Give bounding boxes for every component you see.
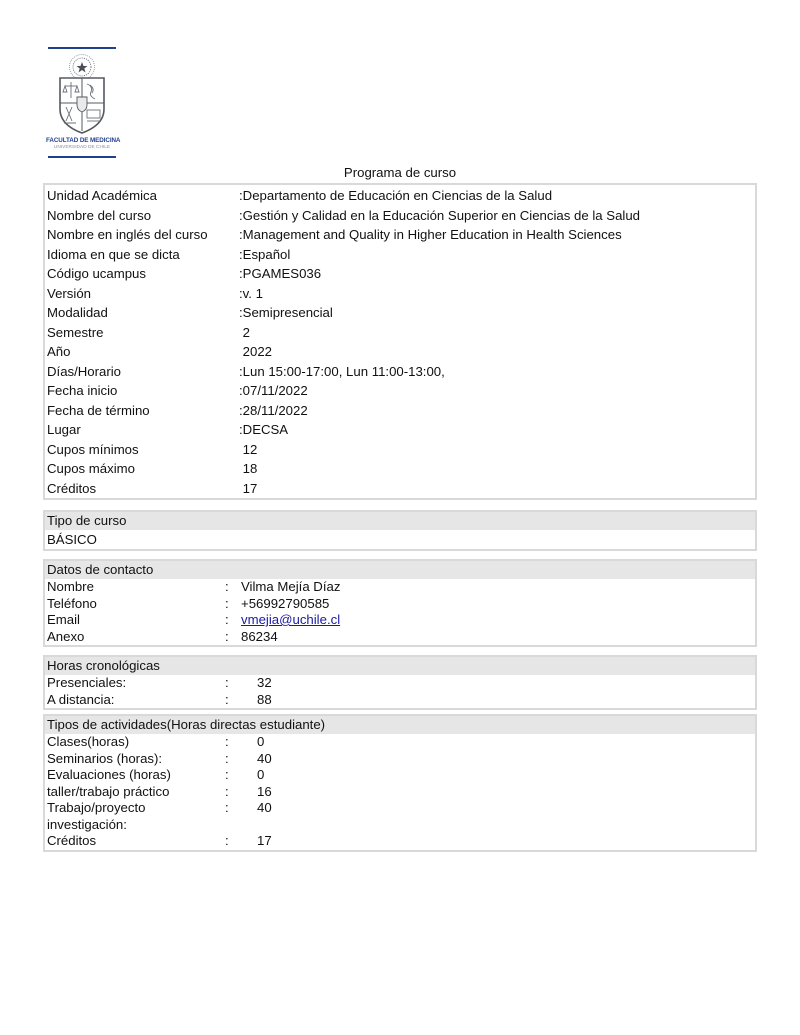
contacto-row: Nombre:Vilma Mejía Díaz — [45, 579, 755, 596]
info-label: Cupos máximo — [47, 459, 239, 479]
info-label: Unidad Académica — [47, 186, 239, 206]
course-type-heading: Tipo de curso — [45, 512, 755, 530]
contacto-label: Nombre — [47, 579, 225, 596]
actividades-row: taller/trabajo práctico:16 — [45, 784, 755, 801]
separator-colon: : — [225, 579, 241, 596]
info-row: Unidad Académica:Departamento de Educaci… — [45, 186, 755, 206]
horas-row: Presenciales::32 — [45, 675, 755, 692]
info-row: Fecha inicio:07/11/2022 — [45, 381, 755, 401]
horas-value: 88 — [241, 692, 272, 709]
actividades-row: Seminarios (horas)::40 — [45, 751, 755, 768]
contacto-row: Anexo:86234 — [45, 629, 755, 646]
separator-colon: : — [225, 734, 241, 751]
contact-heading: Datos de contacto — [45, 561, 755, 579]
course-info-table: Unidad Académica:Departamento de Educaci… — [43, 183, 757, 500]
actividades-value: 40 — [241, 800, 272, 833]
actividades-value: 40 — [241, 751, 272, 768]
info-value: 18 — [239, 459, 257, 479]
info-label: Créditos — [47, 479, 239, 499]
separator-colon: : — [225, 767, 241, 784]
contact-section: Datos de contacto Nombre:Vilma Mejía Día… — [43, 559, 757, 647]
horas-row: A distancia::88 — [45, 692, 755, 709]
info-label: Días/Horario — [47, 362, 239, 382]
info-label: Lugar — [47, 420, 239, 440]
info-row: Idioma en que se dicta:Español — [45, 245, 755, 265]
info-row: Semestre 2 — [45, 323, 755, 343]
contacto-row: Email:vmejia@uchile.cl — [45, 612, 755, 629]
contacto-value: Vilma Mejía Díaz — [241, 579, 340, 596]
info-label: Nombre del curso — [47, 206, 239, 226]
info-label: Nombre en inglés del curso — [47, 225, 239, 245]
info-value: 2022 — [239, 342, 272, 362]
faculty-logo: FACULTAD DE MEDICINA UNIVERSIDAD DE CHIL… — [46, 45, 118, 160]
logo-faculty-name: FACULTAD DE MEDICINA — [46, 137, 118, 144]
actividades-label: Créditos — [47, 833, 225, 850]
logo-bottom-rule — [48, 156, 116, 158]
hours-heading: Horas cronológicas — [45, 657, 755, 675]
separator-colon: : — [225, 833, 241, 850]
document-title: Programa de curso — [0, 165, 800, 180]
info-row: Año 2022 — [45, 342, 755, 362]
contacto-label: Email — [47, 612, 225, 629]
info-value: :Español — [239, 245, 290, 265]
course-type-section: Tipo de curso BÁSICO — [43, 510, 757, 551]
info-value: :Lun 15:00-17:00, Lun 11:00-13:00, — [239, 362, 445, 382]
info-row: Cupos máximo 18 — [45, 459, 755, 479]
info-row: Cupos mínimos 12 — [45, 440, 755, 460]
actividades-label: Trabajo/proyecto investigación: — [47, 800, 177, 833]
activities-section: Tipos de actividades(Horas directas estu… — [43, 714, 757, 852]
email-link[interactable]: vmejia@uchile.cl — [241, 612, 340, 629]
info-value: 17 — [239, 479, 257, 499]
activities-heading: Tipos de actividades(Horas directas estu… — [45, 716, 755, 734]
separator-colon: : — [225, 629, 241, 646]
info-label: Modalidad — [47, 303, 239, 323]
separator-colon: : — [225, 612, 241, 629]
info-row: Nombre en inglés del curso:Management an… — [45, 225, 755, 245]
info-label: Idioma en que se dicta — [47, 245, 239, 265]
separator-colon: : — [225, 675, 241, 692]
info-label: Fecha inicio — [47, 381, 239, 401]
info-row: Versión:v. 1 — [45, 284, 755, 304]
info-value: 2 — [239, 323, 250, 343]
coat-of-arms-icon — [46, 51, 118, 137]
contacto-value: 86234 — [241, 629, 278, 646]
info-value: 12 — [239, 440, 257, 460]
info-row: Lugar:DECSA — [45, 420, 755, 440]
actividades-label: Seminarios (horas): — [47, 751, 225, 768]
actividades-label: taller/trabajo práctico — [47, 784, 225, 801]
info-value: :07/11/2022 — [239, 381, 308, 401]
contacto-value: +56992790585 — [241, 596, 329, 613]
info-row: Código ucampus:PGAMES036 — [45, 264, 755, 284]
info-label: Año — [47, 342, 239, 362]
info-value: :28/11/2022 — [239, 401, 308, 421]
info-value: :DECSA — [239, 420, 288, 440]
info-value: :Semipresencial — [239, 303, 333, 323]
hours-section: Horas cronológicas Presenciales::32A dis… — [43, 655, 757, 710]
contacto-label: Anexo — [47, 629, 225, 646]
actividades-value: 0 — [241, 767, 264, 784]
actividades-value: 16 — [241, 784, 272, 801]
horas-label: Presenciales: — [47, 675, 225, 692]
actividades-label: Clases(horas) — [47, 734, 225, 751]
actividades-row: Créditos:17 — [45, 833, 755, 850]
info-value: :Management and Quality in Higher Educat… — [239, 225, 622, 245]
info-label: Código ucampus — [47, 264, 239, 284]
actividades-row: Trabajo/proyecto investigación::40 — [45, 800, 755, 833]
separator-colon: : — [225, 751, 241, 768]
contacto-row: Teléfono:+56992790585 — [45, 596, 755, 613]
actividades-value: 0 — [241, 734, 264, 751]
actividades-label: Evaluaciones (horas) — [47, 767, 225, 784]
info-value: :PGAMES036 — [239, 264, 321, 284]
info-row: Nombre del curso:Gestión y Calidad en la… — [45, 206, 755, 226]
logo-top-rule — [48, 47, 116, 49]
info-label: Semestre — [47, 323, 239, 343]
contacto-label: Teléfono — [47, 596, 225, 613]
horas-label: A distancia: — [47, 692, 225, 709]
info-row: Modalidad:Semipresencial — [45, 303, 755, 323]
info-label: Cupos mínimos — [47, 440, 239, 460]
separator-colon: : — [225, 784, 241, 801]
info-label: Fecha de término — [47, 401, 239, 421]
separator-colon: : — [225, 596, 241, 613]
info-value: :Gestión y Calidad en la Educación Super… — [239, 206, 640, 226]
course-type-value: BÁSICO — [45, 530, 755, 549]
info-row: Fecha de término:28/11/2022 — [45, 401, 755, 421]
info-value: :Departamento de Educación en Ciencias d… — [239, 186, 552, 206]
separator-colon: : — [225, 692, 241, 709]
separator-colon: : — [225, 800, 241, 833]
horas-value: 32 — [241, 675, 272, 692]
actividades-row: Clases(horas):0 — [45, 734, 755, 751]
info-row: Días/Horario:Lun 15:00-17:00, Lun 11:00-… — [45, 362, 755, 382]
info-label: Versión — [47, 284, 239, 304]
logo-university-name: UNIVERSIDAD DE CHILE — [46, 145, 118, 150]
info-row: Créditos 17 — [45, 479, 755, 499]
actividades-value: 17 — [241, 833, 272, 850]
info-value: :v. 1 — [239, 284, 263, 304]
actividades-row: Evaluaciones (horas):0 — [45, 767, 755, 784]
